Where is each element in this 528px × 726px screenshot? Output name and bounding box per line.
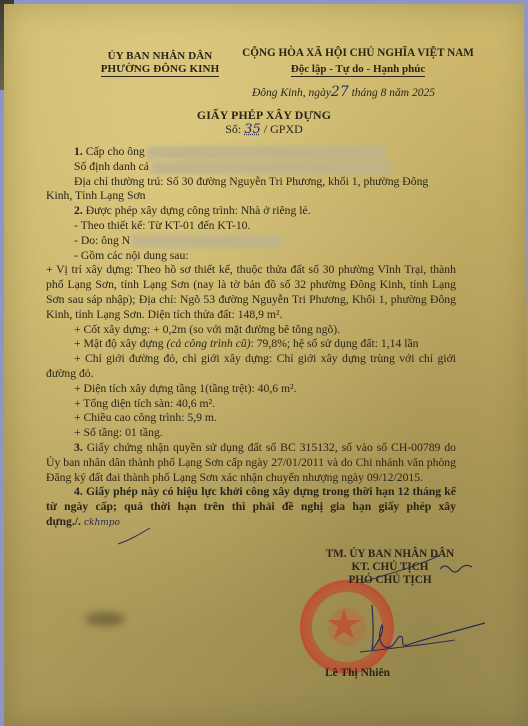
signer-name: Lê Thị Nhiên xyxy=(325,667,390,679)
handwritten-signatures-icon xyxy=(0,0,528,726)
